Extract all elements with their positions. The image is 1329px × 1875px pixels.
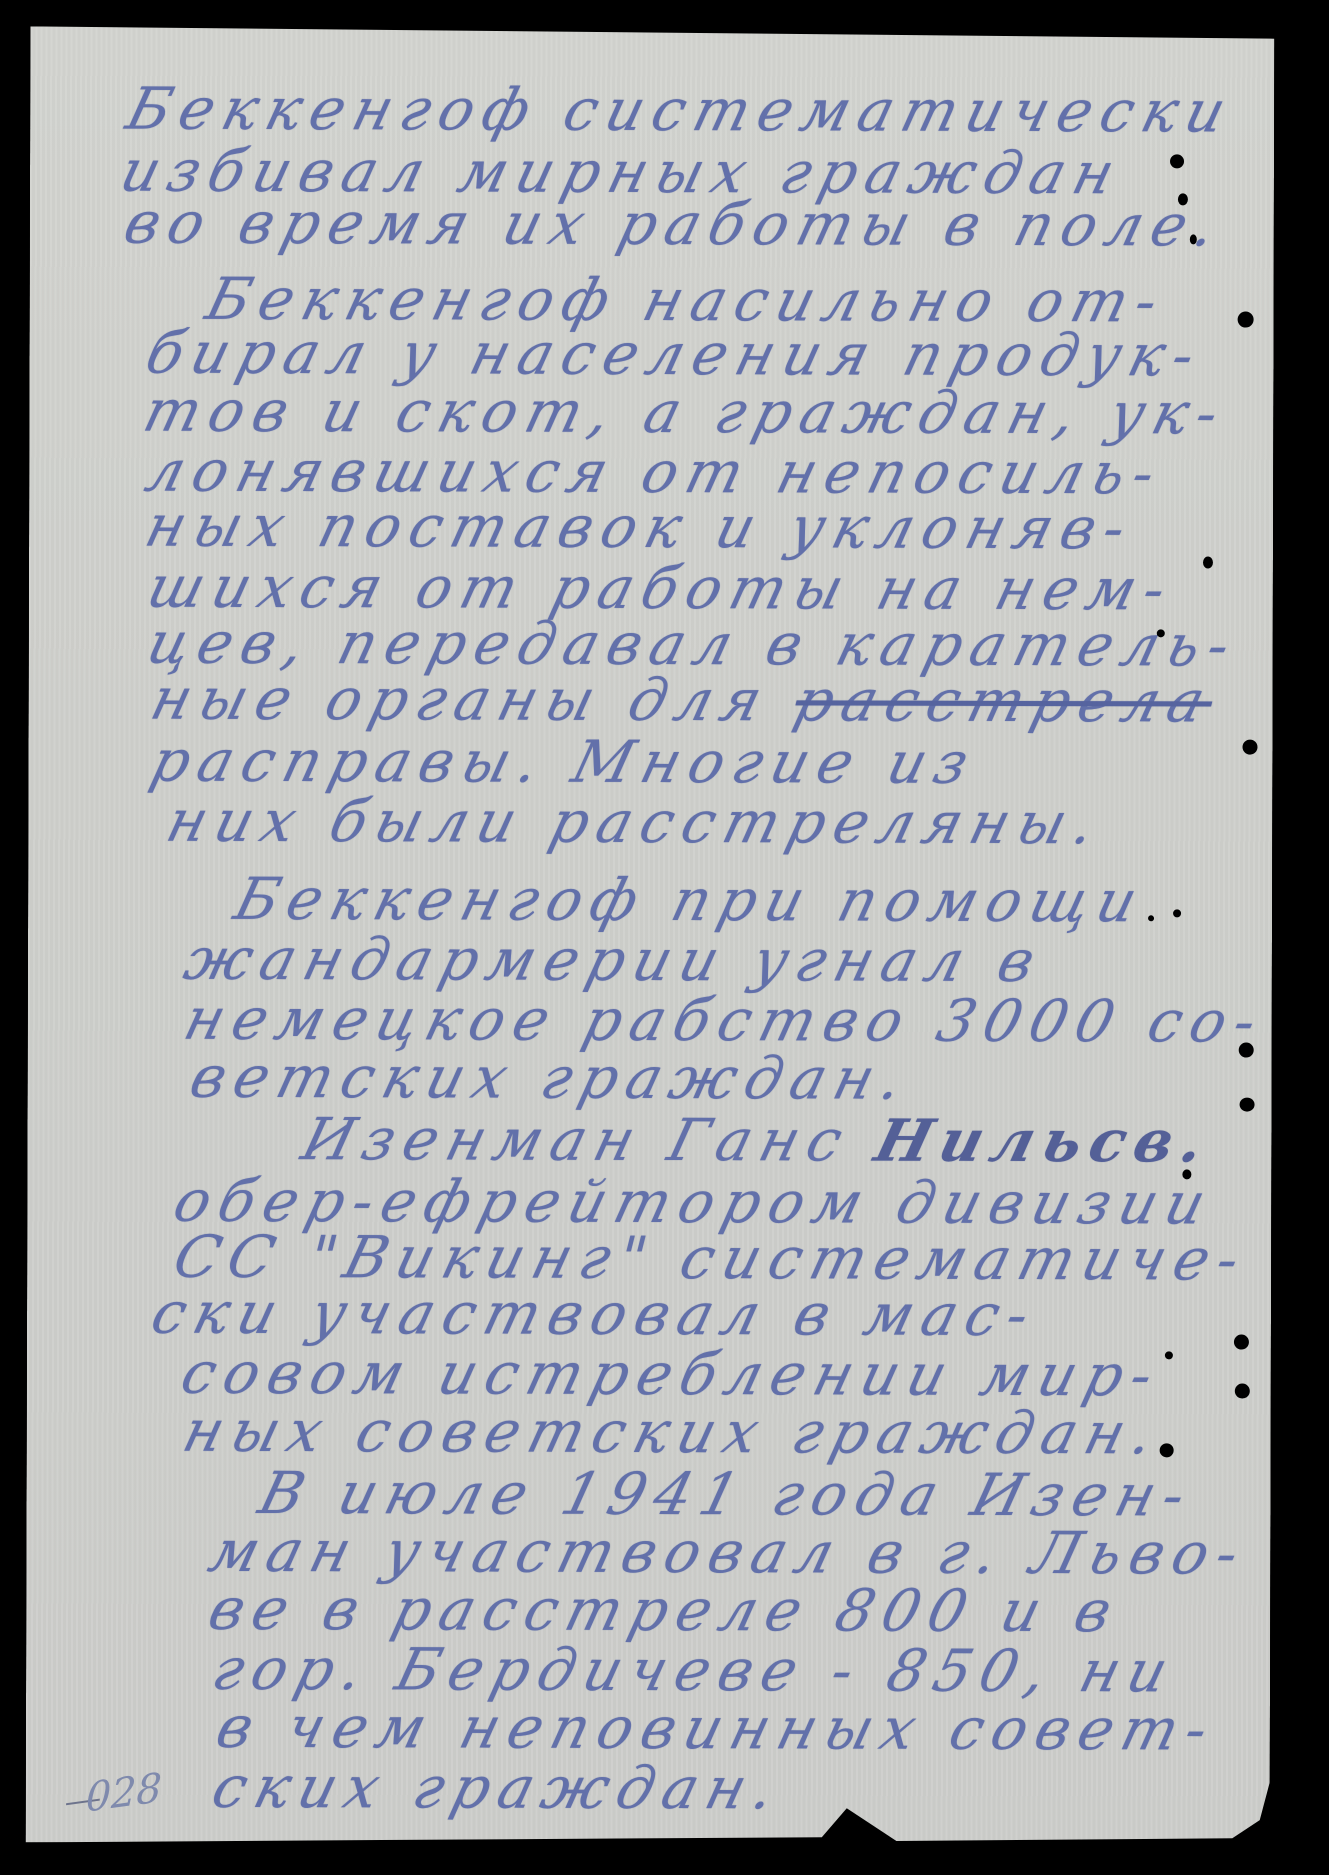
punch-hole — [1235, 1384, 1250, 1399]
text-line: во время их работы в поле. — [118, 189, 1232, 260]
document-page: Беккенгоф систематически избивал мирных … — [26, 26, 1275, 1845]
punch-hole — [1203, 556, 1213, 568]
struck-out-word: расстрела — [788, 666, 1221, 735]
punch-hole — [1239, 1043, 1254, 1058]
punch-hole — [1238, 312, 1254, 328]
text-line: Беккенгоф систематически — [120, 75, 1241, 146]
text-line: ветских граждан. — [184, 1043, 919, 1113]
punch-hole — [1170, 154, 1184, 168]
text-fragment: ные органы для — [145, 665, 778, 735]
punch-hole — [1178, 193, 1188, 205]
text-fragment: Изенман Ганс — [295, 1105, 858, 1174]
text-line: ных поставок и уклоняв- — [139, 492, 1142, 563]
overwritten-word: Нильсв. — [869, 1107, 1220, 1176]
handwritten-text: Беккенгоф систематически избивал мирных … — [26, 26, 1275, 1845]
punch-hole — [1157, 629, 1165, 637]
punch-hole — [1240, 1098, 1255, 1112]
punch-hole — [1160, 1443, 1174, 1457]
text-line: ные органы для расстрела — [145, 665, 1221, 736]
punch-hole — [1165, 1351, 1173, 1359]
punch-hole — [1234, 1335, 1249, 1350]
text-line: ных советских граждан. — [177, 1397, 1170, 1468]
punch-hole — [1148, 915, 1154, 921]
punch-hole — [1242, 740, 1257, 755]
text-line: Изенман Ганс Нильсв. — [295, 1105, 1220, 1175]
punch-hole — [1190, 234, 1197, 244]
punch-hole — [1173, 909, 1181, 917]
punch-hole — [1182, 1169, 1191, 1179]
text-line: ских граждан. — [206, 1753, 791, 1822]
text-line: них были расстреляны. — [160, 787, 1111, 857]
